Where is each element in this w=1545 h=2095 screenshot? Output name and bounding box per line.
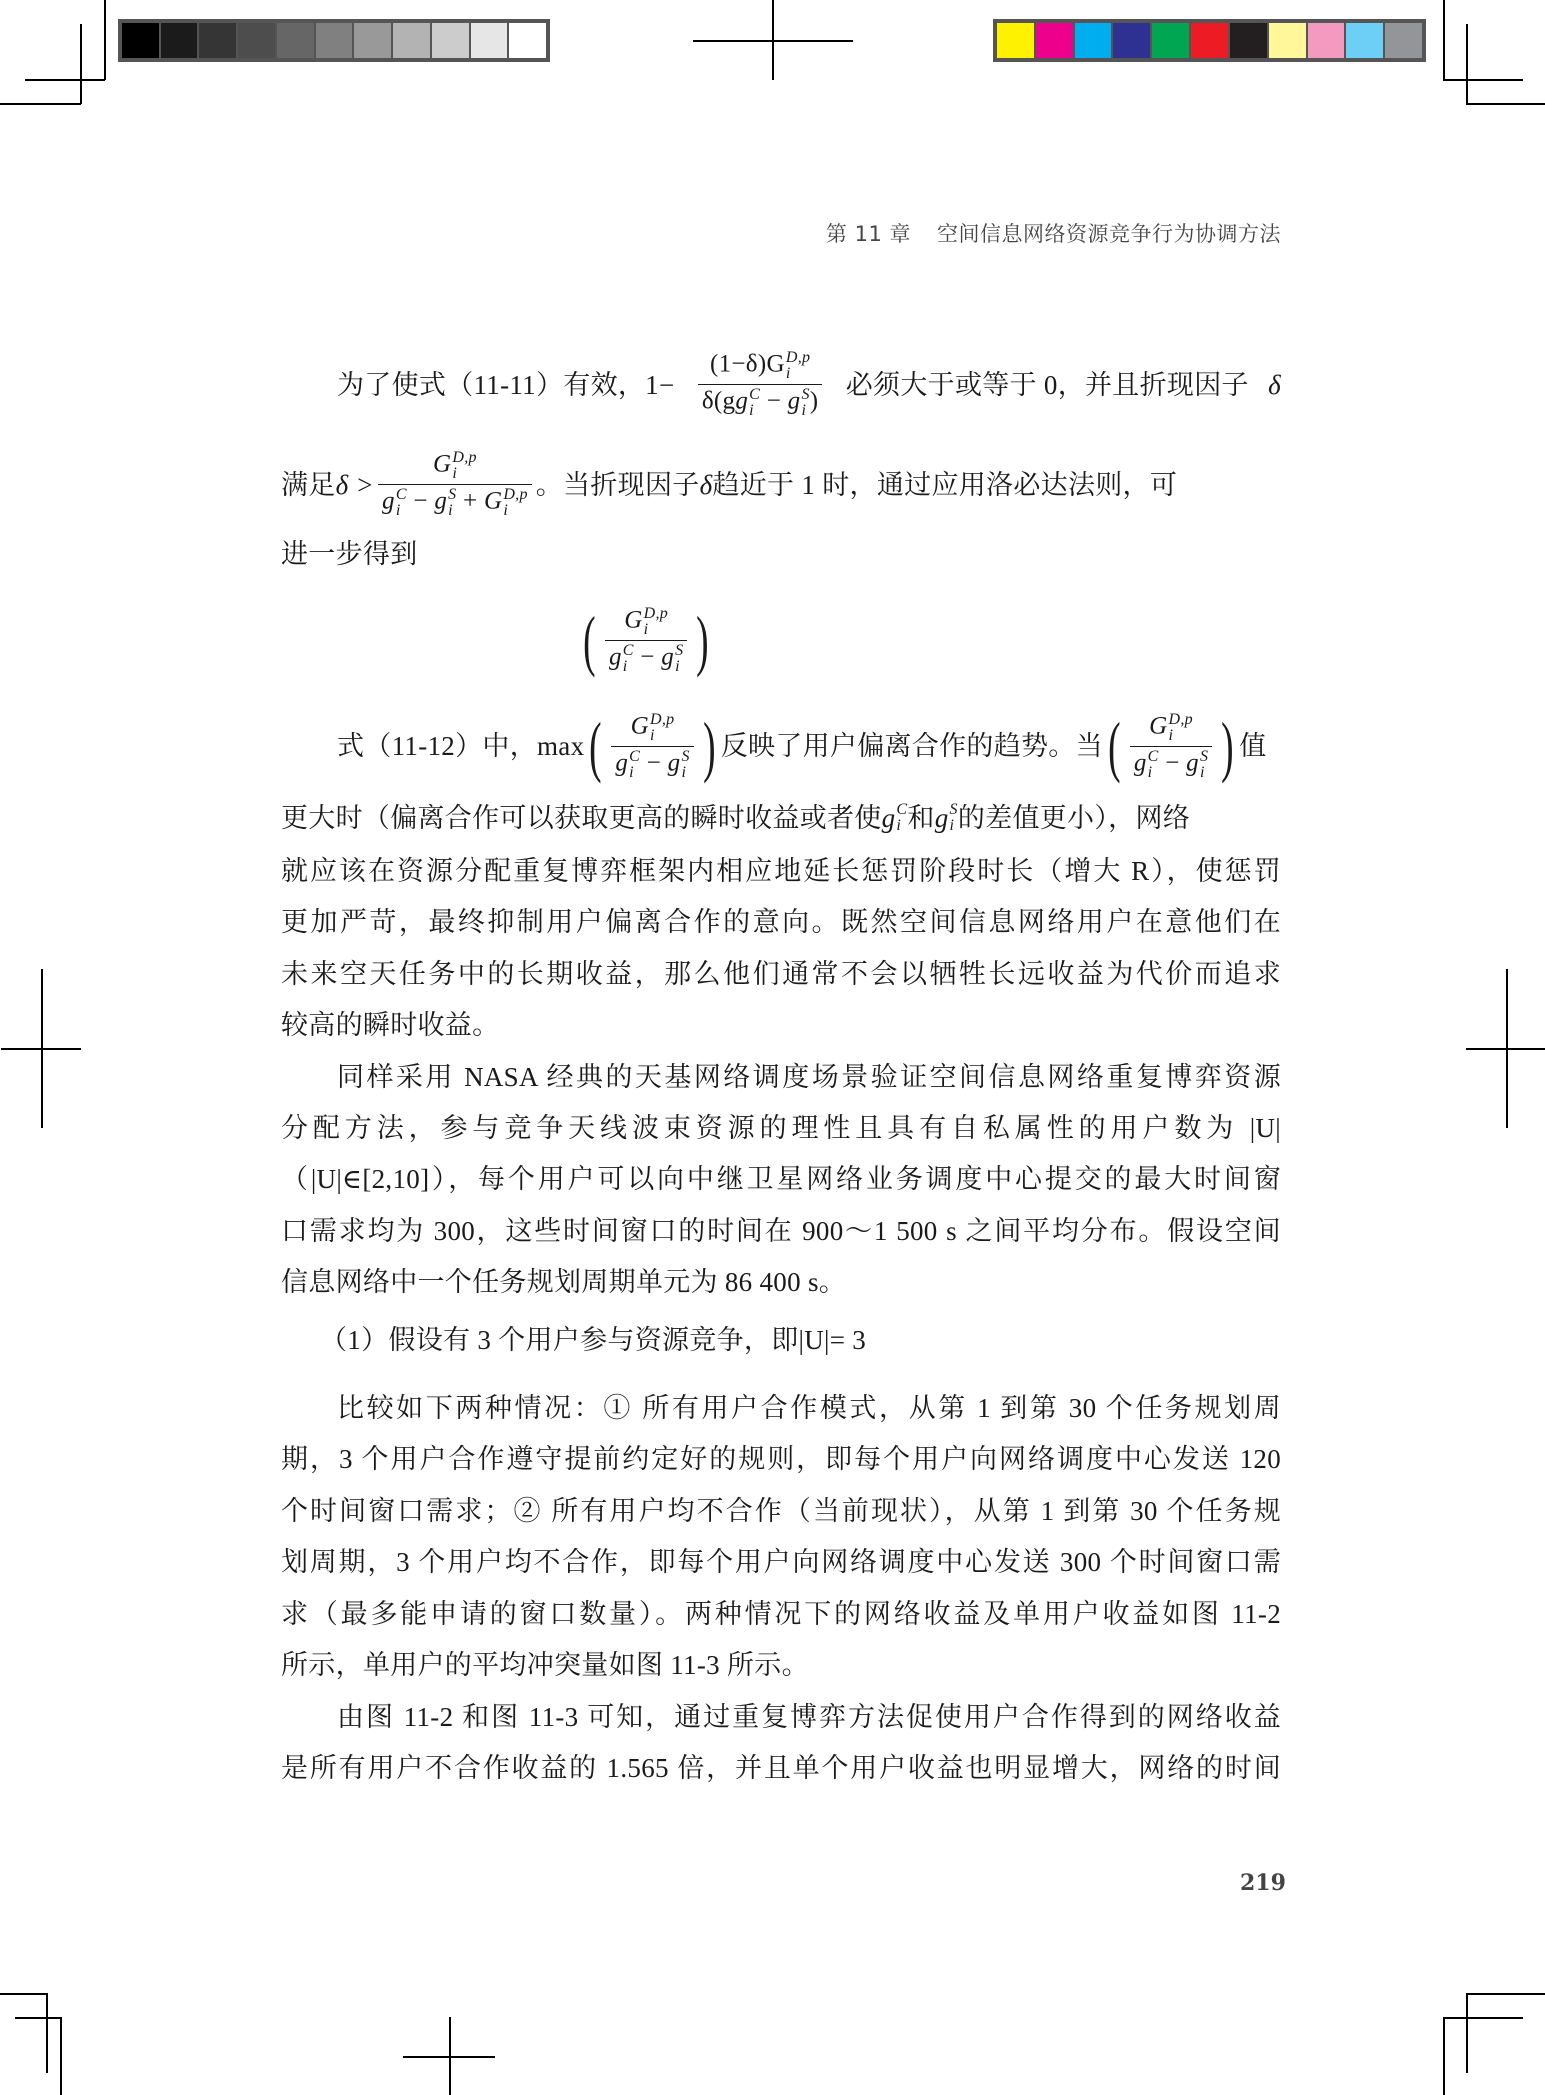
paragraph-line: 满足 δ > GD,pi gCi − gSi + GD,pi 。当折现因子 δ …: [281, 450, 1281, 519]
crop-mark: [1443, 2017, 1445, 2095]
gray-swatch: [316, 23, 353, 58]
color-swatch: [1152, 23, 1189, 58]
math-script: Si: [950, 802, 958, 834]
crop-mark: [46, 1993, 48, 2073]
chapter-number: 第 11 章: [826, 222, 911, 246]
grayscale-calibration-bar: [118, 19, 550, 62]
crop-mark: [104, 0, 106, 80]
paragraph-line: 为了使式（11-11）有效，1− (1−δ)GD,pi δ(ggCi − gSi…: [337, 350, 1281, 419]
fraction: GD,pi gCi − gSi + GD,pi: [378, 450, 532, 519]
crop-mark: [25, 79, 105, 81]
chapter-title: 空间信息网络资源竞争行为协调方法: [937, 222, 1281, 246]
gray-swatch: [393, 23, 430, 58]
text-run: 和: [907, 800, 934, 836]
text-run: 为了使式（11-11）有效，1−: [337, 367, 675, 403]
text-run: 满足: [281, 467, 336, 503]
gray-swatch: [238, 23, 275, 58]
crop-mark: [1443, 2017, 1523, 2019]
gray-swatch: [354, 23, 391, 58]
paragraph-line: 比较如下两种情况：① 所有用户合作模式，从第 1 到第 30 个任务规划周: [281, 1390, 1281, 1426]
paragraph-line: 同样采用 NASA 经典的天基网络调度场景验证空间信息网络重复博弈资源: [281, 1059, 1281, 1095]
paragraph-line: 口需求均为 300，这些时间窗口的时间在 900～1 500 s 之间平均分布。…: [281, 1213, 1281, 1249]
color-swatch: [1308, 23, 1345, 58]
left-paren: (: [583, 606, 596, 674]
crop-mark: [1466, 1993, 1545, 1995]
text-run: 值: [1239, 728, 1266, 764]
gray-swatch: [199, 23, 236, 58]
paragraph-line: 求（最多能申请的窗口数量）。两种情况下的网络收益及单用户收益如图 11-2: [281, 1596, 1281, 1632]
color-swatch: [1385, 23, 1422, 58]
color-swatch: [997, 23, 1034, 58]
fraction: GD,pi gCi − gSi: [611, 712, 693, 781]
right-paren: ): [1221, 712, 1234, 780]
crop-mark: [1443, 79, 1523, 81]
gray-swatch: [161, 23, 198, 58]
paragraph-line: 是所有用户不合作收益的 1.565 倍，并且单个用户收益也明显增大，网络的时间: [281, 1750, 1281, 1786]
crop-mark: [1466, 103, 1545, 105]
crop-mark: [60, 2017, 62, 2095]
list-item-heading: （1）假设有 3 个用户参与资源竞争，即|U|= 3: [320, 1322, 1320, 1358]
paragraph-line: 更大时（偏离合作可以获取更高的瞬时收益或者使 gCi 和 gSi 的差值更小），…: [281, 800, 1281, 836]
math-symbol: g: [882, 800, 896, 836]
color-swatch: [1113, 23, 1150, 58]
color-swatch: [1230, 23, 1267, 58]
paragraph-line: 划周期，3 个用户均不合作，即每个用户向网络调度中心发送 300 个时间窗口需: [281, 1544, 1281, 1580]
registration-cross: [403, 2056, 495, 2058]
gray-swatch: [277, 23, 314, 58]
text-run: 式（11-12）中，max: [337, 728, 584, 764]
paragraph-line: 由图 11-2 和图 11-3 可知，通过重复博弈方法促使用户合作得到的网络收益: [281, 1699, 1281, 1735]
crop-mark: [80, 24, 82, 104]
paragraph-line: 更加严苛，最终抑制用户偏离合作的意向。既然空间信息网络用户在意他们在: [281, 904, 1281, 940]
registration-cross: [1466, 1048, 1545, 1050]
color-calibration-bar: [993, 19, 1426, 62]
fraction: GD,pi gCi − gSi: [605, 606, 687, 675]
running-head: 第 11 章空间信息网络资源竞争行为协调方法: [826, 218, 1281, 248]
color-swatch: [1075, 23, 1112, 58]
crop-mark: [0, 1993, 47, 1995]
crop-mark: [15, 2017, 61, 2019]
paragraph-line: 式（11-12）中，max ( GD,pi gCi − gSi ) 反映了用户偏…: [337, 706, 1281, 786]
left-paren: (: [1108, 712, 1121, 780]
paragraph-line: 所示，单用户的平均冲突量如图 11-3 所示。: [281, 1647, 1281, 1683]
equation-11-12: ( GD,pi gCi − gSi ): [578, 600, 1281, 680]
math-symbol: g: [935, 800, 949, 836]
paragraph-line: 就应该在资源分配重复博弈框架内相应地延长惩罚阶段时长（增大 R），使惩罚: [281, 853, 1281, 889]
color-swatch: [1346, 23, 1383, 58]
text-run: 更大时（偏离合作可以获取更高的瞬时收益或者使: [281, 800, 882, 836]
gray-swatch: [509, 23, 546, 58]
gray-swatch: [471, 23, 508, 58]
paragraph-line: 期，3 个用户合作遵守提前约定好的规则，即每个用户向网络调度中心发送 120: [281, 1441, 1281, 1477]
crop-mark: [0, 103, 81, 105]
text-run: 。当折现因子: [536, 467, 700, 503]
paragraph-line: 较高的瞬时收益。: [281, 1007, 1281, 1043]
delta-symbol: δ: [700, 467, 713, 503]
paragraph-line: 信息网络中一个任务规划周期单元为 86 400 s。: [281, 1264, 1281, 1300]
text-run: 必须大于或等于 0，并且折现因子: [846, 367, 1249, 403]
color-swatch: [1269, 23, 1306, 58]
color-swatch: [1191, 23, 1228, 58]
right-paren: ): [703, 712, 716, 780]
text-run: 趋近于 1 时，通过应用洛必达法则，可: [712, 467, 1281, 503]
delta-symbol: δ: [1268, 367, 1281, 403]
text-run: 的差值更小），网络: [958, 800, 1190, 836]
paragraph-line: 分配方法，参与竞争天线波束资源的理性且具有自私属性的用户数为 |U|: [281, 1110, 1281, 1146]
fraction: (1−δ)GD,pi δ(ggCi − gSi): [698, 350, 823, 419]
paragraph-line: 进一步得到: [281, 536, 1281, 572]
delta-symbol: δ >: [336, 467, 374, 503]
crop-mark: [1466, 1993, 1468, 2073]
paragraph-line: （|U|∈[2,10]），每个用户可以向中继卫星网络业务调度中心提交的最大时间窗: [281, 1161, 1281, 1197]
page-number: 219: [1240, 1870, 1286, 1896]
registration-cross: [1, 1048, 81, 1050]
color-swatch: [1036, 23, 1073, 58]
text-run: 反映了用户偏离合作的趋势。当: [721, 728, 1103, 764]
gray-swatch: [432, 23, 469, 58]
paragraph-line: 个时间窗口需求；② 所有用户均不合作（当前现状），从第 1 到第 30 个任务规: [281, 1493, 1281, 1529]
registration-cross: [693, 40, 853, 42]
fraction: GD,pi gCi − gSi: [1130, 712, 1212, 781]
crop-mark: [1443, 0, 1445, 80]
gray-swatch: [122, 23, 159, 58]
right-paren: ): [697, 606, 710, 674]
left-paren: (: [590, 712, 603, 780]
paragraph-line: 未来空天任务中的长期收益，那么他们通常不会以牺牲长远收益为代价而追求: [281, 956, 1281, 992]
crop-mark: [1466, 24, 1468, 104]
math-script: Ci: [896, 802, 907, 834]
